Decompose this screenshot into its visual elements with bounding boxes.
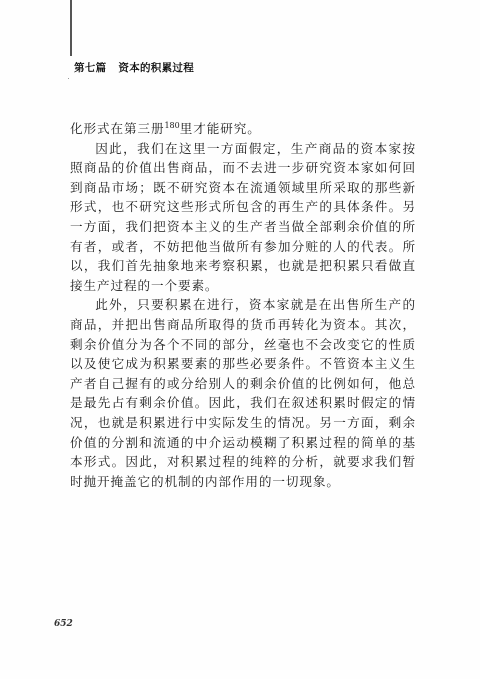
paragraph: 因此，我们在这里一方面假定，生产商品的资本家按照商品的价值出售商品，而不去进一步… (70, 139, 416, 296)
paragraph-continuation: 化形式在第三册180里才能研究。 (70, 119, 416, 139)
paragraph: 此外，只要积累在进行，资本家就是在出售所生产的商品，并把出售商品所取得的货币再转… (70, 295, 416, 491)
body-text: 化形式在第三册180里才能研究。 因此，我们在这里一方面假定，生产商品的资本家按… (70, 119, 416, 491)
running-head: 第七篇资本的积累过程 (74, 60, 194, 75)
scan-speck (68, 78, 69, 79)
paragraph-text: 里才能研究。 (180, 121, 261, 136)
margin-rule-divider (70, 0, 72, 56)
page-number: 652 (54, 619, 73, 629)
running-head-title: 资本的积累过程 (118, 62, 194, 74)
running-head-part: 第七篇 (74, 62, 106, 74)
paragraph-text: 化形式在第三册 (70, 121, 164, 136)
footnote-reference[interactable]: 180 (164, 121, 179, 130)
book-page: 第七篇资本的积累过程 化形式在第三册180里才能研究。 因此，我们在这里一方面假… (0, 0, 480, 679)
